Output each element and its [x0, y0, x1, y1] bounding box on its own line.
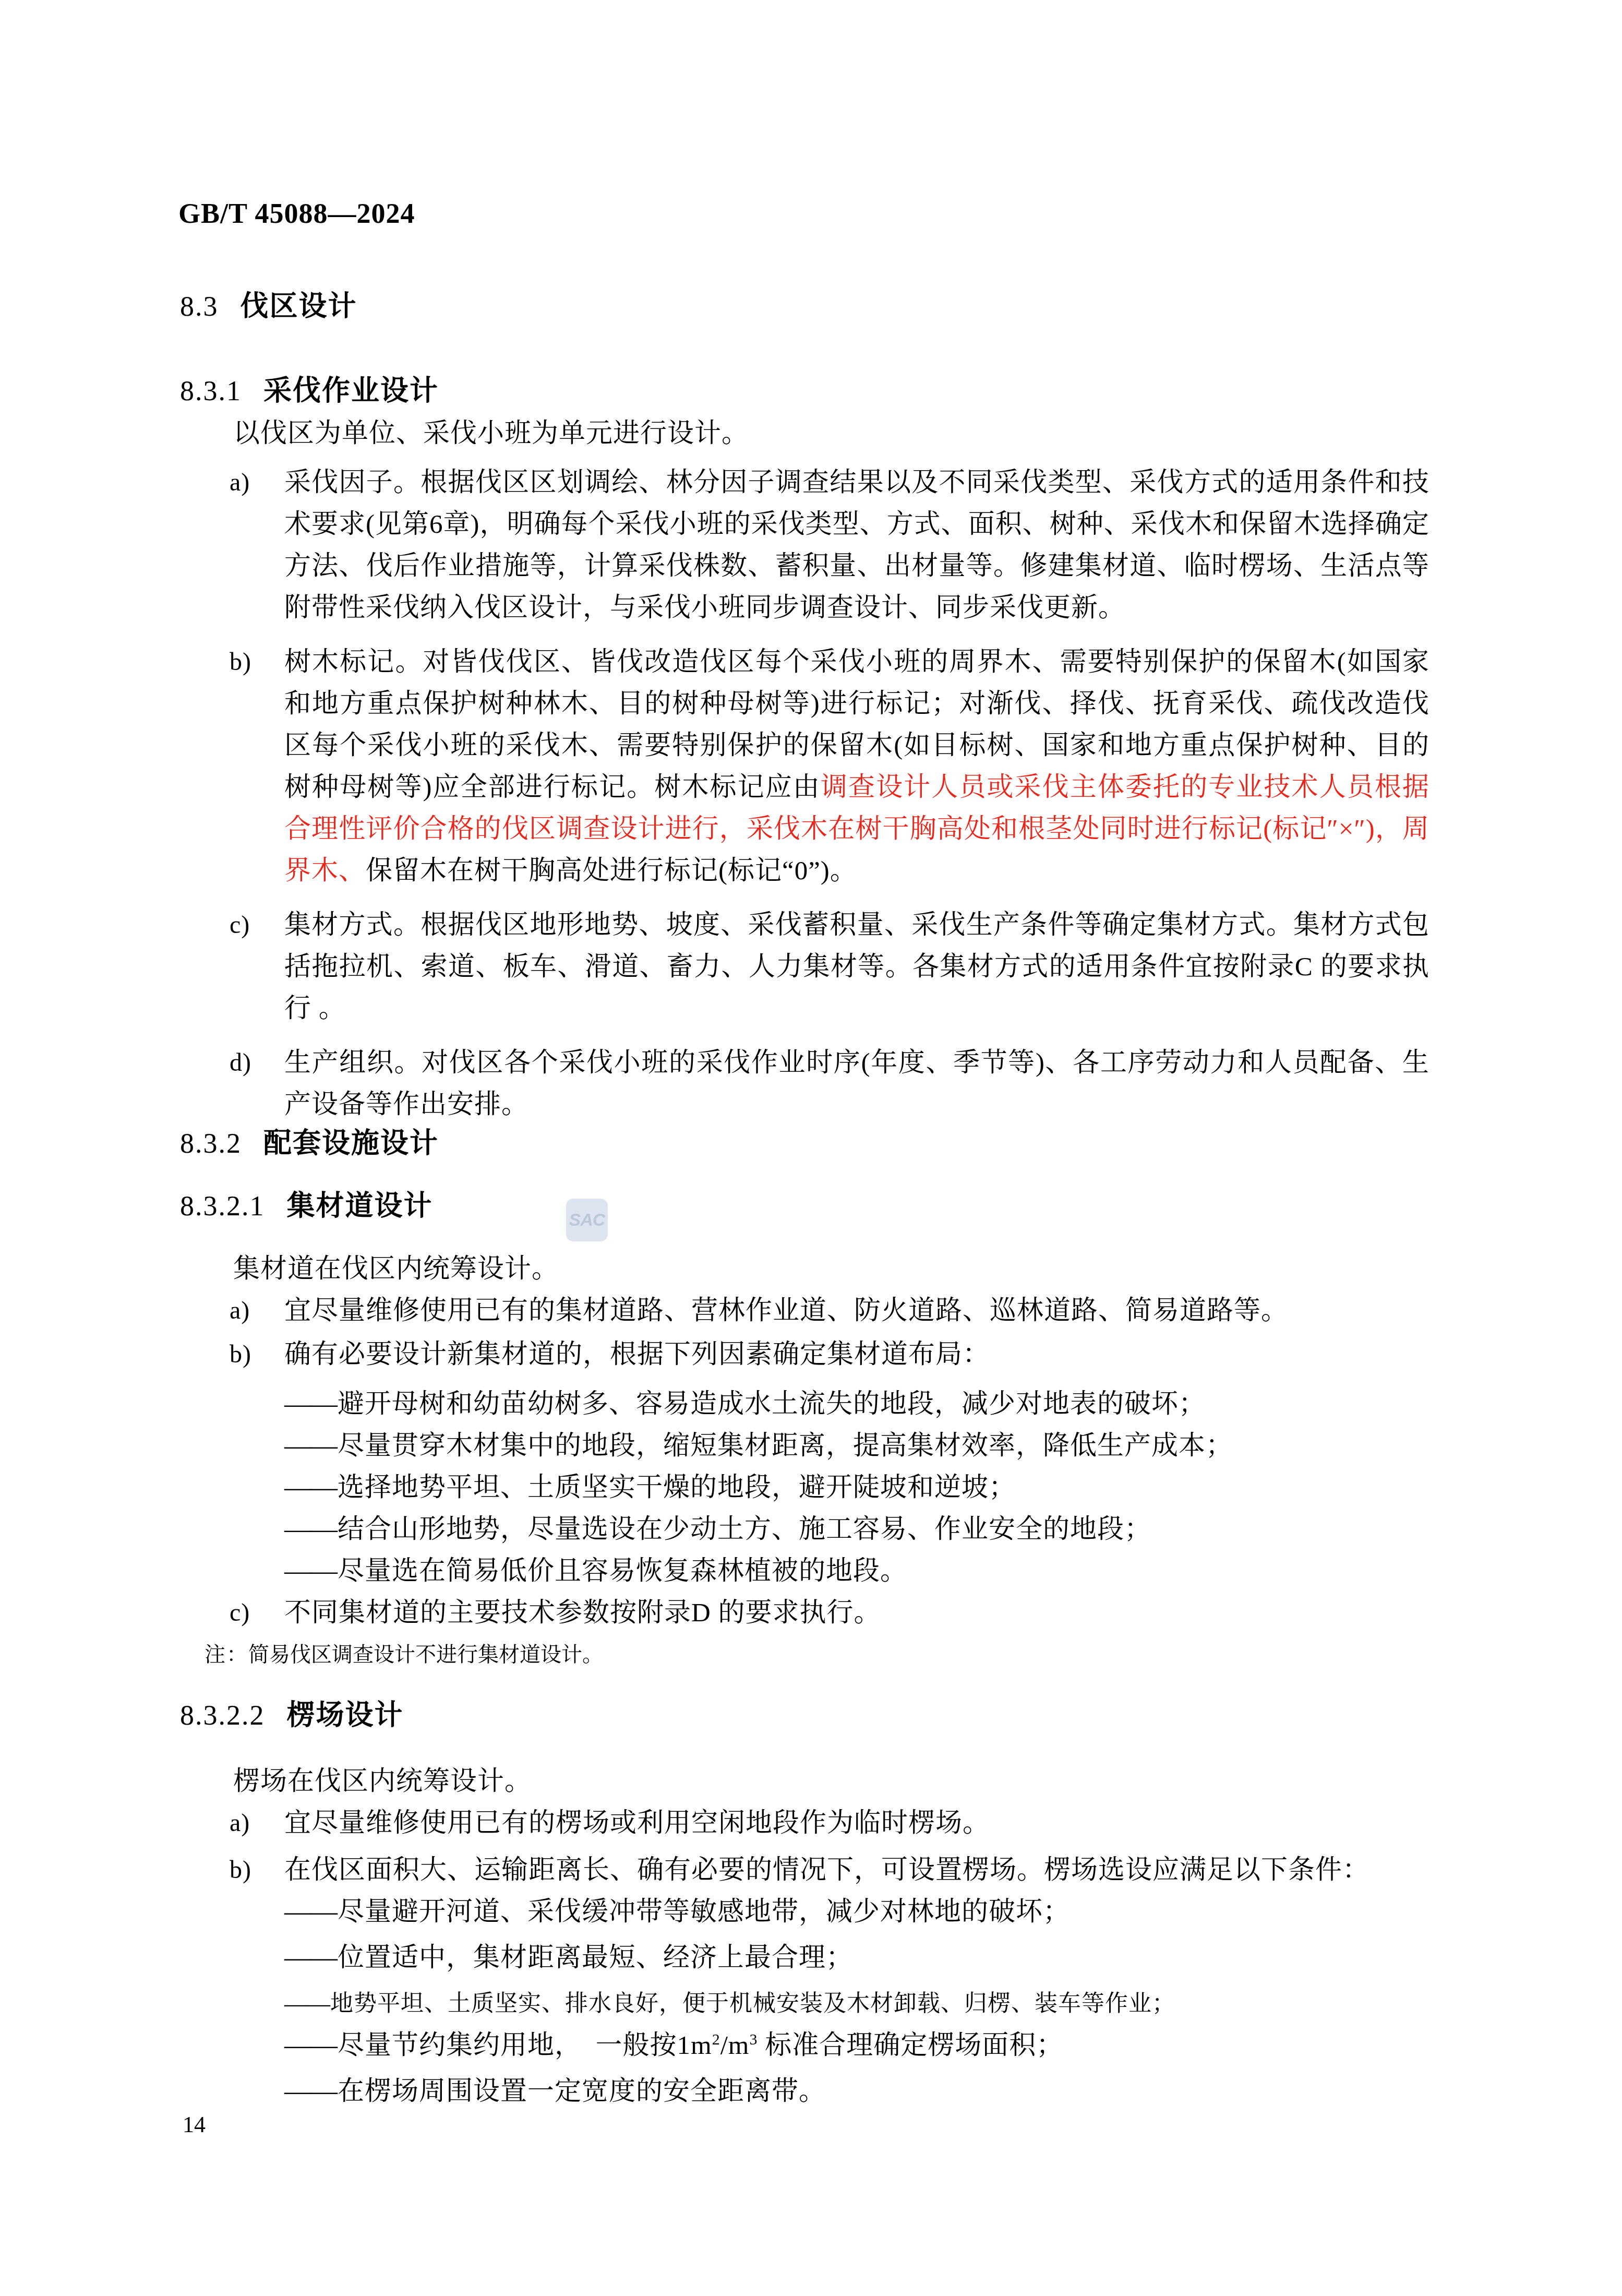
em-dash: ——	[284, 1431, 338, 1461]
list-item-b-label: b)	[230, 1334, 251, 1376]
list-item-a: a) 采伐因子。根据伐区区划调绘、林分因子调查结果以及不同采伐类型、采伐方式的适…	[180, 462, 1429, 629]
list-item-b: b) 确有必要设计新集材道的，根据下列因素确定集材道布局：	[180, 1334, 1429, 1376]
dash-item-text: 避开母树和幼苗幼树多、容易造成水土流失的地段，减少对地表的破坏；	[338, 1390, 1206, 1419]
list-item-c-label: c)	[230, 1592, 250, 1634]
dash-item-text: 结合山形地势，尽量选设在少动土方、施工容易、作业安全的地段；	[338, 1515, 1151, 1544]
dash-item-text: 选择地势平坦、土质坚实干燥的地段，避开陡坡和逆坡；	[338, 1473, 1016, 1502]
dash-item: ——选择地势平坦、土质坚实干燥的地段，避开陡坡和逆坡；	[180, 1467, 1429, 1509]
em-dash: ——	[284, 2031, 338, 2060]
dash-item: ——尽量节约集约用地， 一般按1m2/m3 标准合理确定楞场面积；	[180, 2025, 1429, 2066]
heading-8-3-title: 伐区设计	[241, 291, 357, 322]
list-item-c-label: c)	[230, 904, 250, 946]
superscript-3: 3	[750, 2031, 758, 2048]
list-item-a: a) 宜尽量维修使用已有的楞场或利用空闲地段作为临时楞场。	[180, 1802, 1429, 1844]
heading-8-3-2-1: 8.3.2.1集材道设计	[180, 1192, 1429, 1220]
section-8-3: 8.3伐区设计 8.3.1采伐作业设计 以伐区为单位、采伐小班为单元进行设计。 …	[180, 292, 1429, 1126]
heading-8-3-1: 8.3.1采伐作业设计	[180, 377, 1429, 405]
dash-item-text: 地势平坦、土质坚实、排水良好，便于机械安装及木材卸载、归楞、装车等作业；	[330, 1991, 1175, 2016]
heading-8-3-1-number: 8.3.1	[180, 375, 242, 406]
list-item-c: c) 集材方式。根据伐区地形地势、坡度、采伐蓄积量、采伐生产条件等确定集材方式。…	[180, 904, 1429, 1030]
dash-item: ——位置适中，集材距离最短、经济上最合理；	[180, 1937, 1429, 1979]
list-item-c: c) 不同集材道的主要技术参数按附录D 的要求执行。	[180, 1592, 1429, 1634]
heading-8-3-2-1-title: 集材道设计	[287, 1190, 433, 1222]
dash-item-text: 在楞场周围设置一定宽度的安全距离带。	[338, 2077, 826, 2106]
heading-8-3-2-2-number: 8.3.2.2	[180, 1700, 265, 1731]
em-dash: ——	[284, 1897, 338, 1927]
dash-item-text-pre: 尽量节约集约用地， 一般按1m	[338, 2031, 712, 2060]
document-page: GB/T 45088—2024 SAC 8.3伐区设计 8.3.1采伐作业设计 …	[0, 0, 1622, 2296]
heading-8-3-2: 8.3.2配套设施设计	[180, 1129, 1429, 1157]
note-line: 注：简易伐区调查设计不进行集材道设计。	[180, 1640, 1429, 1669]
paragraph-intro-8-3-2-1: 集材道在伐区内统筹设计。	[180, 1248, 1429, 1290]
list-item-b-text: 确有必要设计新集材道的，根据下列因素确定集材道布局：	[284, 1340, 990, 1369]
list-item-a-label: a)	[230, 462, 250, 504]
em-dash: ——	[284, 1557, 338, 1586]
list-item-a-text: 宜尽量维修使用已有的集材道路、营林作业道、防火道路、巡林道路、简易道路等。	[284, 1296, 1288, 1325]
paragraph-intro-8-3-1: 以伐区为单位、采伐小班为单元进行设计。	[180, 413, 1429, 455]
em-dash: ——	[284, 1943, 338, 1972]
list-item-a-label: a)	[230, 1290, 250, 1332]
list-item-a-text: 采伐因子。根据伐区区划调绘、林分因子调查结果以及不同采伐类型、采伐方式的适用条件…	[284, 468, 1429, 623]
dash-item: ——尽量选在简易低价且容易恢复森林植被的地段。	[180, 1550, 1429, 1592]
heading-8-3-2-2: 8.3.2.2楞场设计	[180, 1701, 1429, 1729]
em-dash: ——	[284, 1473, 338, 1502]
paragraph-intro-8-3-2-2: 楞场在伐区内统筹设计。	[180, 1761, 1429, 1802]
heading-8-3-2-title: 配套设施设计	[263, 1128, 439, 1159]
list-item-b-label: b)	[230, 1849, 251, 1891]
list-item-d: d) 生产组织。对伐区各个采伐小班的采伐作业时序(年度、季节等)、各工序劳动力和…	[180, 1042, 1429, 1126]
heading-8-3-1-title: 采伐作业设计	[263, 375, 439, 406]
list-item-b-label: b)	[230, 641, 251, 683]
standard-number-header: GB/T 45088—2024	[178, 199, 415, 228]
heading-8-3: 8.3伐区设计	[180, 292, 1429, 320]
dash-item: ——尽量贯穿木材集中的地段，缩短集材距离，提高集材效率，降低生产成本；	[180, 1425, 1429, 1467]
section-8-3-2: 8.3.2配套设施设计 8.3.2.1集材道设计 集材道在伐区内统筹设计。 a)…	[180, 1129, 1429, 1669]
section-8-3-2-2: 8.3.2.2楞场设计 楞场在伐区内统筹设计。 a) 宜尽量维修使用已有的楞场或…	[180, 1701, 1429, 2112]
list-item-c-text: 集材方式。根据伐区地形地势、坡度、采伐蓄积量、采伐生产条件等确定集材方式。集材方…	[284, 911, 1429, 1023]
dash-item-text: 尽量贯穿木材集中的地段，缩短集材距离，提高集材效率，降低生产成本；	[338, 1431, 1233, 1461]
heading-8-3-2-1-number: 8.3.2.1	[180, 1190, 265, 1222]
dash-item: ——结合山形地势，尽量选设在少动土方、施工容易、作业安全的地段；	[180, 1509, 1429, 1550]
list-item-b-text: 在伐区面积大、运输距离长、确有必要的情况下，可设置楞场。楞场选设应满足以下条件：	[284, 1856, 1369, 1885]
list-item-a: a) 宜尽量维修使用已有的集材道路、营林作业道、防火道路、巡林道路、简易道路等。	[180, 1290, 1429, 1332]
list-item-d-label: d)	[230, 1042, 251, 1084]
dash-item: ——地势平坦、土质坚实、排水良好，便于机械安装及木材卸载、归楞、装车等作业；	[180, 1983, 1429, 2025]
list-item-d-text: 生产组织。对伐区各个采伐小班的采伐作业时序(年度、季节等)、各工序劳动力和人员配…	[284, 1048, 1429, 1119]
list-item-a-text: 宜尽量维修使用已有的楞场或利用空闲地段作为临时楞场。	[284, 1809, 990, 1838]
note-text: 简易伐区调查设计不进行集材道设计。	[248, 1643, 603, 1666]
dash-item-text: 尽量选在简易低价且容易恢复森林植被的地段。	[338, 1557, 907, 1586]
list-item-b: b) 树木标记。对皆伐伐区、皆伐改造伐区每个采伐小班的周界木、需要特别保护的保留…	[180, 641, 1429, 892]
em-dash: ——	[284, 1991, 330, 2016]
list-item-a-label: a)	[230, 1802, 250, 1844]
dash-item: ——在楞场周围设置一定宽度的安全距离带。	[180, 2071, 1429, 2112]
superscript-2: 2	[712, 2031, 720, 2048]
dash-item-text-post: 标准合理确定楞场面积；	[758, 2031, 1064, 2060]
heading-8-3-number: 8.3	[180, 291, 219, 322]
em-dash: ——	[284, 1390, 338, 1419]
list-item-b-text-black-2: 保留木在树干胸高处进行标记(标记“0”)。	[366, 856, 857, 886]
list-item-b: b) 在伐区面积大、运输距离长、确有必要的情况下，可设置楞场。楞场选设应满足以下…	[180, 1849, 1429, 1891]
dash-item-text: 位置适中，集材距离最短、经济上最合理；	[338, 1943, 853, 1972]
heading-8-3-2-2-title: 楞场设计	[287, 1700, 404, 1731]
page-number: 14	[183, 2113, 206, 2136]
em-dash: ——	[284, 2077, 338, 2106]
dash-item-text-mid: /m	[720, 2031, 750, 2060]
dash-item: ——避开母树和幼苗幼树多、容易造成水土流失的地段，减少对地表的破坏；	[180, 1383, 1429, 1425]
note-label: 注：	[205, 1643, 248, 1666]
heading-8-3-2-number: 8.3.2	[180, 1128, 242, 1159]
list-item-c-text: 不同集材道的主要技术参数按附录D 的要求执行。	[284, 1598, 881, 1628]
dash-item-text: 尽量避开河道、采伐缓冲带等敏感地带，减少对林地的破坏；	[338, 1897, 1070, 1927]
dash-item: ——尽量避开河道、采伐缓冲带等敏感地带，减少对林地的破坏；	[180, 1891, 1429, 1933]
em-dash: ——	[284, 1515, 338, 1544]
